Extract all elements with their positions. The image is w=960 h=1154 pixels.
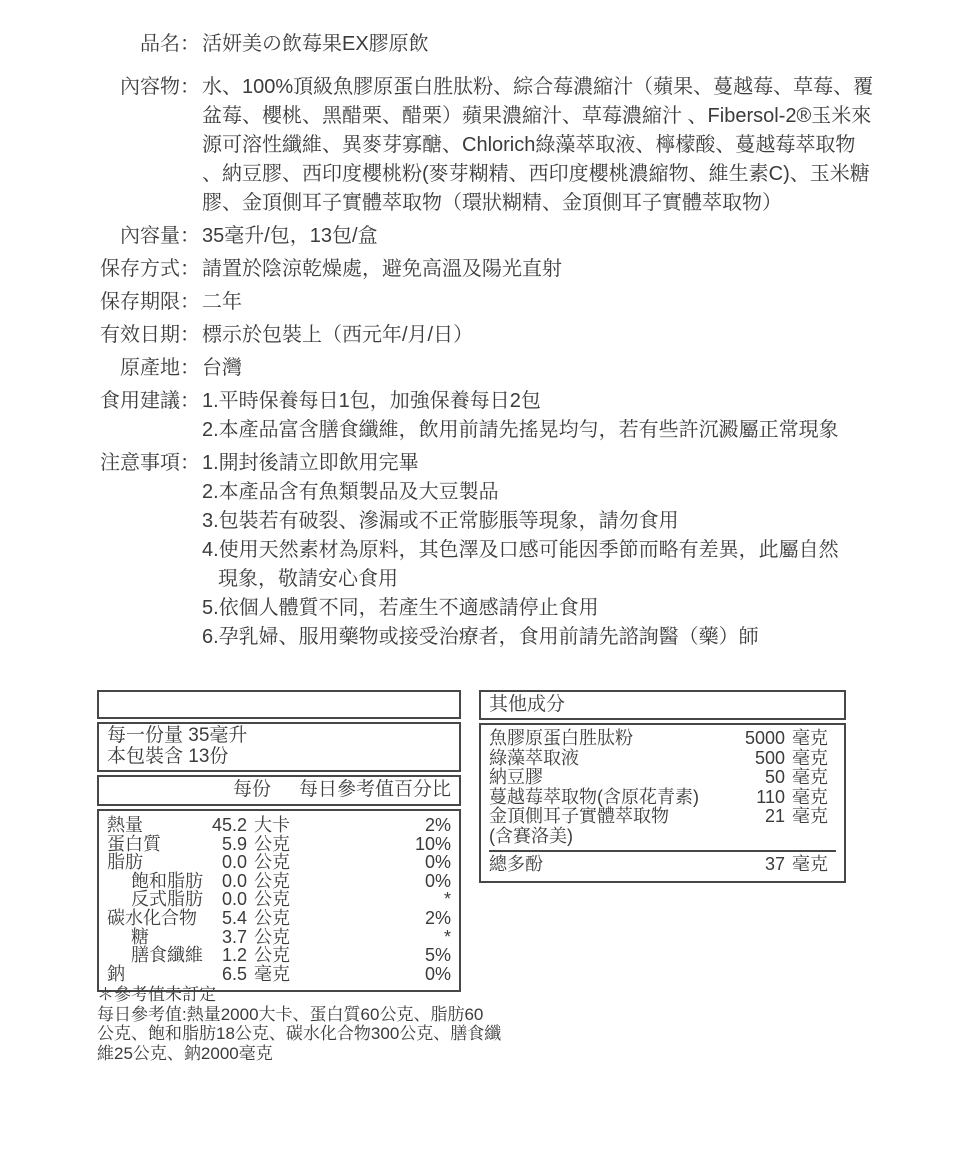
ingredients-line: 源可溶性纖維、異麥芽寡醣、Chlorich綠藻萃取液、檸檬酸、蔓越莓萃取物	[202, 131, 900, 160]
nutrient-row: 飽和脂肪 0.0 公克 0%	[107, 872, 451, 891]
nutrient-name: 蛋白質	[107, 835, 211, 854]
nutrient-unit: 公克	[247, 872, 326, 891]
ingredient-unit: 毫克	[785, 788, 836, 808]
nutrition-column-header: 每份 每日參考值百分比	[97, 775, 461, 806]
ingredients-line: 水、100%頂級魚膠原蛋白胜肽粉、綜合莓濃縮汁（蘋果、蔓越莓、草莓、覆	[202, 73, 900, 102]
nutrient-row: 膳食纖維 1.2 公克 5%	[107, 946, 451, 965]
col-per-serving: 每份	[233, 779, 271, 801]
nutrient-dv: 5%	[326, 946, 451, 965]
nutrient-name: 糖	[107, 928, 211, 947]
product-name: 活妍美の飲莓果EX膠原飲	[202, 30, 900, 59]
nutrient-row: 碳水化合物 5.4 公克 2%	[107, 909, 451, 928]
ingredient-row: 蔓越莓萃取物(含原花青素) 110 毫克	[489, 788, 836, 808]
nutrient-amount: 1.2	[211, 946, 247, 965]
nutrient-dv: 10%	[326, 835, 451, 854]
nutrient-unit: 公克	[247, 890, 326, 909]
ingredient-name: 綠藻萃取液	[489, 749, 729, 769]
product-info-list: 品名： 活妍美の飲莓果EX膠原飲 內容物： 水、100%頂級魚膠原蛋白胜肽粉、綜…	[0, 30, 900, 656]
ingredient-name: 納豆膠	[489, 768, 729, 788]
expiry-date: 標示於包裝上（西元年/月/日）	[202, 321, 900, 350]
info-label: 保存期限：	[0, 288, 200, 317]
ingredients-line: 盆莓、櫻桃、黑醋栗、醋栗）蘋果濃縮汁、草莓濃縮汁 、Fibersol-2®玉米來	[202, 102, 900, 131]
usage-line: 1.平時保養每日1包，加強保養每日2包	[202, 387, 900, 416]
nutrient-amount: 0.0	[211, 890, 247, 909]
nutrient-name: 膳食纖維	[107, 946, 211, 965]
nutrient-row: 脂肪 0.0 公克 0%	[107, 853, 451, 872]
footnote-line: 每日參考值:熱量2000大卡、蛋白質60公克、脂肪60	[97, 1005, 482, 1025]
ingredient-unit: 毫克	[785, 768, 836, 788]
other-ingredients-body: 魚膠原蛋白胜肽粉 5000 毫克 綠藻萃取液 500 毫克 納豆膠 50 毫克 …	[479, 723, 846, 883]
footnote-line: 公克、飽和脂肪18公克、碳水化合物300公克、膳食纖	[97, 1024, 482, 1044]
nutrient-row: 糖 3.7 公克 *	[107, 928, 451, 947]
nutrition-facts-table: 每一份量 35毫升 本包裝含 13份 每份 每日參考值百分比 熱量 45.2 大…	[97, 690, 461, 992]
nutrition-serving-box: 每一份量 35毫升 本包裝含 13份	[97, 722, 461, 772]
precaution-line: 3.包裝若有破裂、滲漏或不正常膨脹等現象，請勿食用	[202, 507, 900, 536]
info-label: 品名：	[0, 30, 200, 59]
nutrient-amount: 0.0	[211, 872, 247, 891]
info-label: 有效日期：	[0, 321, 200, 350]
serving-size: 每一份量 35毫升	[107, 725, 451, 746]
footnote-line: 維25公克、鈉2000毫克	[97, 1044, 482, 1064]
precaution-line: 1.開封後請立即飲用完畢	[202, 449, 900, 478]
other-ingredients-title: 其他成分	[479, 690, 846, 720]
info-row-net-content: 內容量： 35毫升/包，13包/盒	[0, 222, 900, 251]
servings-per-pack: 本包裝含 13份	[107, 746, 451, 767]
nutrient-unit: 公克	[247, 853, 326, 872]
ingredient-row: 納豆膠 50 毫克	[489, 768, 836, 788]
info-row-shelf-life: 保存期限： 二年	[0, 288, 900, 317]
nutrient-dv: *	[326, 890, 451, 909]
nutrient-name: 碳水化合物	[107, 909, 211, 928]
nutrient-dv: 2%	[326, 816, 451, 835]
ingredient-row: 魚膠原蛋白胜肽粉 5000 毫克	[489, 729, 836, 749]
ingredient-amount: 110	[729, 788, 785, 808]
info-label: 原產地：	[0, 354, 200, 383]
nutrient-name: 脂肪	[107, 853, 211, 872]
ingredient-row: 綠藻萃取液 500 毫克	[489, 749, 836, 769]
ingredients-line: 、納豆膠、西印度櫻桃粉(麥芽糊精、西印度櫻桃濃縮物、維生素C)、玉米糖	[202, 160, 900, 189]
ingredient-unit: 毫克	[785, 807, 836, 827]
ingredient-subname: (含賽洛美)	[489, 827, 729, 847]
ingredient-name: 魚膠原蛋白胜肽粉	[489, 729, 729, 749]
info-label: 注意事項：	[0, 449, 200, 652]
ingredients-line: 膠、金頂側耳子實體萃取物（環狀糊精、金頂側耳子實體萃取物）	[202, 189, 900, 218]
info-label: 食用建議：	[0, 387, 200, 445]
ingredient-amount: 37	[729, 855, 785, 875]
product-label-page: 品名： 活妍美の飲莓果EX膠原飲 內容物： 水、100%頂級魚膠原蛋白胜肽粉、綜…	[0, 0, 960, 1154]
info-label: 保存方式：	[0, 255, 200, 284]
ingredient-name: 金頂側耳子實體萃取物	[489, 807, 729, 827]
precaution-line: 2.本產品含有魚類製品及大豆製品	[202, 478, 900, 507]
info-row-precautions: 注意事項： 1.開封後請立即飲用完畢 2.本產品含有魚類製品及大豆製品 3.包裝…	[0, 449, 900, 652]
nutrient-dv: 0%	[326, 853, 451, 872]
info-row-expiry: 有效日期： 標示於包裝上（西元年/月/日）	[0, 321, 900, 350]
nutrition-footnote: ＊參考值未訂定 每日參考值:熱量2000大卡、蛋白質60公克、脂肪60 公克、飽…	[97, 985, 482, 1063]
footnote-line: ＊參考值未訂定	[97, 985, 482, 1005]
info-label: 內容物：	[0, 73, 200, 218]
nutrient-dv: 0%	[326, 872, 451, 891]
ingredient-unit: 毫克	[785, 729, 836, 749]
shelf-life: 二年	[202, 288, 900, 317]
col-daily-value: 每日參考值百分比	[299, 779, 451, 801]
nutrient-unit: 毫克	[247, 965, 326, 984]
nutrient-unit: 公克	[247, 835, 326, 854]
precaution-line: 5.依個人體質不同，若產生不適感請停止食用	[202, 594, 900, 623]
storage-method: 請置於陰涼乾燥處，避免高溫及陽光直射	[202, 255, 900, 284]
ingredient-amount: 21	[729, 807, 785, 827]
info-row-ingredients: 內容物： 水、100%頂級魚膠原蛋白胜肽粉、綜合莓濃縮汁（蘋果、蔓越莓、草莓、覆…	[0, 73, 900, 218]
origin: 台灣	[202, 354, 900, 383]
nutrient-name: 反式脂肪	[107, 890, 211, 909]
precaution-line: 4.使用天然素材為原料，其色澤及口感可能因季節而略有差異，此屬自然	[202, 536, 900, 565]
nutrient-row: 鈉 6.5 毫克 0%	[107, 965, 451, 984]
ingredient-unit: 毫克	[785, 749, 836, 769]
net-content: 35毫升/包，13包/盒	[202, 222, 900, 251]
other-ingredients-table: 其他成分 魚膠原蛋白胜肽粉 5000 毫克 綠藻萃取液 500 毫克 納豆膠 5…	[479, 690, 846, 883]
nutrient-unit: 公克	[247, 928, 326, 947]
nutrient-amount: 3.7	[211, 928, 247, 947]
nutrition-body: 熱量 45.2 大卡 2% 蛋白質 5.9 公克 10% 脂肪 0.0 公克 0…	[97, 809, 461, 992]
info-row-storage: 保存方式： 請置於陰涼乾燥處，避免高溫及陽光直射	[0, 255, 900, 284]
nutrient-amount: 0.0	[211, 853, 247, 872]
nutrient-row: 蛋白質 5.9 公克 10%	[107, 835, 451, 854]
nutrient-dv: 2%	[326, 909, 451, 928]
nutrient-row: 反式脂肪 0.0 公克 *	[107, 890, 451, 909]
nutrient-row: 熱量 45.2 大卡 2%	[107, 816, 451, 835]
nutrient-amount: 45.2	[211, 816, 247, 835]
nutrient-unit: 公克	[247, 909, 326, 928]
nutrient-dv: 0%	[326, 965, 451, 984]
info-row-usage: 食用建議： 1.平時保養每日1包，加強保養每日2包 2.本產品富含膳食纖維，飲用…	[0, 387, 900, 445]
nutrient-amount: 5.9	[211, 835, 247, 854]
ingredient-name: 總多酚	[489, 855, 729, 875]
nutrition-title-box	[97, 690, 461, 719]
ingredient-unit: 毫克	[785, 855, 836, 875]
info-label: 內容量：	[0, 222, 200, 251]
nutrient-name: 飽和脂肪	[107, 872, 211, 891]
info-row-product-name: 品名： 活妍美の飲莓果EX膠原飲	[0, 30, 900, 59]
ingredient-amount: 500	[729, 749, 785, 769]
info-row-origin: 原產地： 台灣	[0, 354, 900, 383]
nutrient-unit: 公克	[247, 946, 326, 965]
ingredient-row: 總多酚 37 毫克	[489, 850, 836, 875]
usage-line: 2.本產品富含膳食纖維，飲用前請先搖晃均勻，若有些許沉澱屬正常現象	[202, 416, 900, 445]
nutrient-name: 熱量	[107, 816, 211, 835]
nutrient-unit: 大卡	[247, 816, 326, 835]
nutrient-dv: *	[326, 928, 451, 947]
ingredient-row: 金頂側耳子實體萃取物 (含賽洛美) 21 毫克	[489, 807, 836, 846]
nutrient-amount: 6.5	[211, 965, 247, 984]
nutrient-name: 鈉	[107, 965, 211, 984]
ingredient-amount: 50	[729, 768, 785, 788]
ingredient-name: 蔓越莓萃取物(含原花青素)	[489, 788, 729, 808]
nutrient-amount: 5.4	[211, 909, 247, 928]
precaution-line: 6.孕乳婦、服用藥物或接受治療者，食用前請先諮詢醫（藥）師	[202, 623, 900, 652]
ingredient-amount: 5000	[729, 729, 785, 749]
precaution-line: 現象，敬請安心食用	[202, 565, 900, 594]
